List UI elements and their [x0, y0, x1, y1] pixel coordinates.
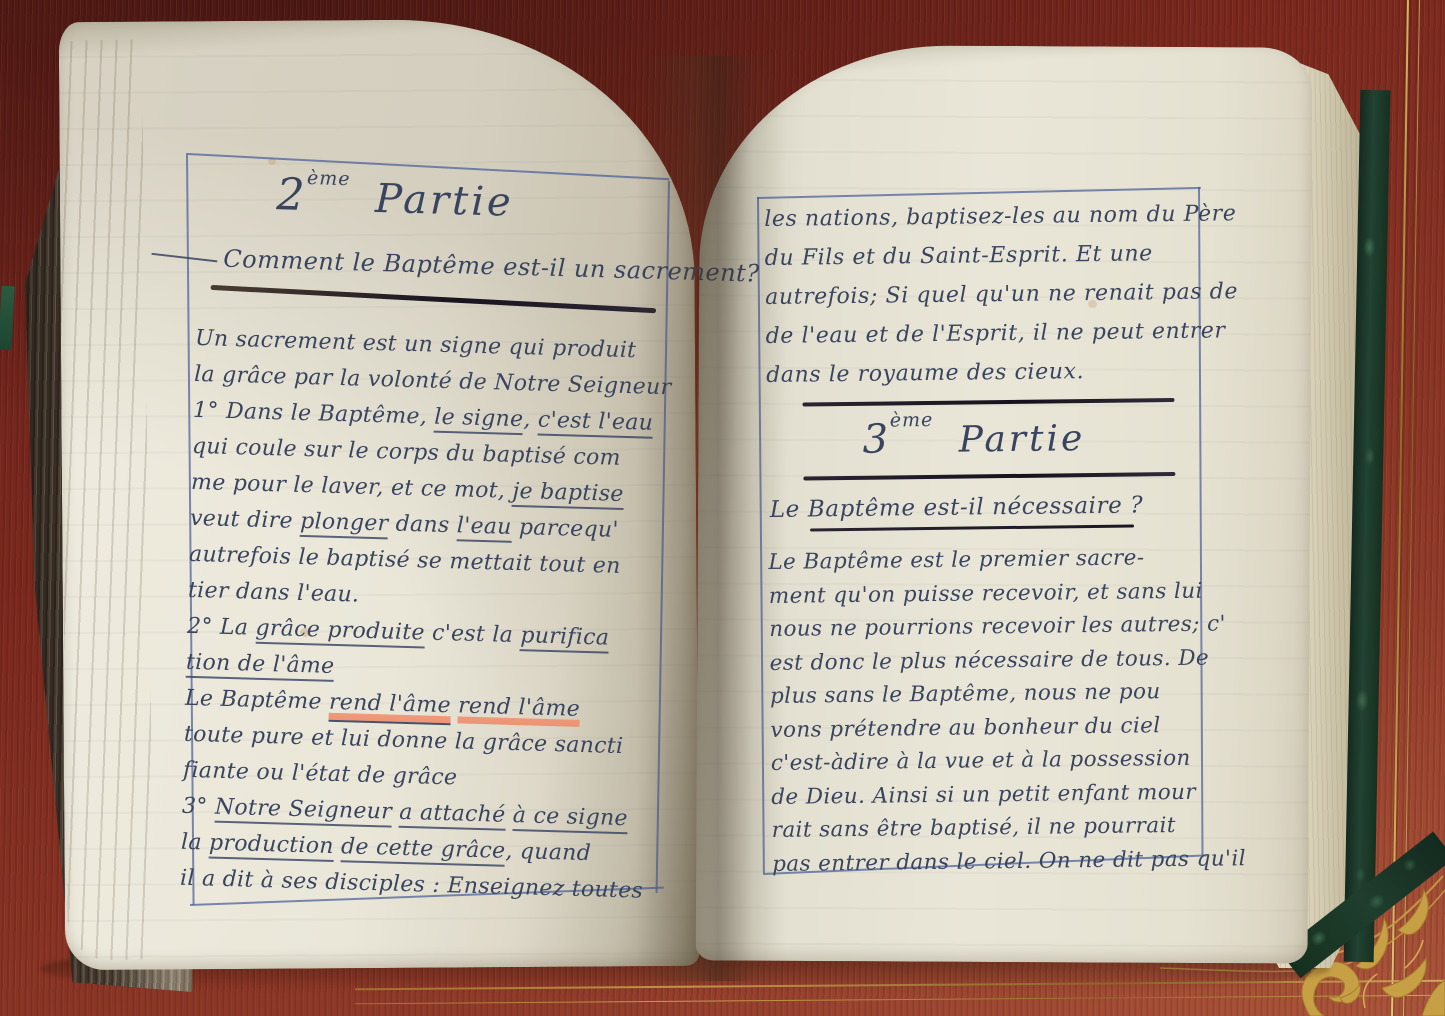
text-line: pas entrer dans le ciel. On ne dit pas q…: [772, 842, 1216, 881]
text-segment: , quand: [505, 839, 591, 866]
left-page-edge-creases: [56, 39, 155, 960]
part-word: Partie: [958, 418, 1085, 461]
text-segment: c'est l'eau: [538, 408, 654, 439]
text-segment: qui coule sur le corps du baptisé com: [192, 434, 621, 471]
text-segment: pas entrer dans le ciel. On ne dit pas q…: [772, 846, 1246, 877]
text-segment: dans le royaume des cieux.: [766, 359, 1084, 388]
text-segment: autrefois le baptisé se mettait tout en: [189, 542, 621, 579]
manuscript-book-photo: 2ème Partie Comment le Baptême est-il un…: [0, 0, 1445, 1016]
text-segment: parcequ': [511, 515, 619, 543]
text-segment: purifica: [520, 623, 610, 653]
text-segment: Un sacrement est un signe qui produit: [195, 326, 637, 363]
text-segment: l'eau: [456, 513, 512, 543]
text-line: vons prétendre au bonheur du ciel: [770, 708, 1214, 747]
text-line: de Dieu. Ainsi si un petit enfant mour: [771, 775, 1215, 814]
text-segment: Le Baptême: [185, 686, 330, 715]
left-page-content: 2ème Partie Comment le Baptême est-il un…: [180, 164, 662, 910]
text-segment: 2° La: [187, 614, 256, 641]
text-segment: toute pure et lui donne la grâce sancti: [184, 722, 624, 759]
text-segment: la: [181, 830, 210, 856]
text-line: c'est-àdire à la vue et à la possession: [771, 742, 1215, 781]
text-segment: Notre Seigneur: [215, 795, 393, 828]
section-rule-below-title: [803, 472, 1175, 481]
text-segment: c'est-àdire à la vue et à la possession: [771, 746, 1191, 776]
text-line: nous ne pourrions recevoir les autres; c…: [769, 608, 1213, 647]
text-segment: me pour le laver, et ce mot,: [191, 470, 513, 504]
right-page-opening-lines: les nations, baptisez-les au nom du Père…: [764, 195, 1210, 395]
text-segment: dans: [388, 511, 457, 538]
text-segment: il a dit à ses disciples : Enseignez tou…: [180, 866, 644, 904]
text-segment: à ce signe: [512, 803, 628, 834]
text-segment: plonger: [300, 509, 389, 539]
text-segment: tier dans l'eau.: [188, 578, 360, 608]
text-segment: veut dire: [190, 506, 301, 534]
text-segment: vons prétendre au bonheur du ciel: [770, 713, 1160, 743]
section-rule-heavy: [210, 285, 656, 313]
right-page-question: Le Baptême est-il nécessaire ?: [770, 488, 1212, 527]
text-line: de l'eau et de l'Esprit, il ne peut entr…: [765, 312, 1209, 356]
text-segment: ,: [523, 407, 538, 432]
left-page-lines: Un sacrement est un signe qui produitla …: [180, 321, 658, 910]
text-segment: production: [209, 831, 334, 862]
text-segment: rend l'âme: [458, 693, 581, 726]
text-segment: a attaché: [399, 800, 506, 831]
text-segment: de cette grâce: [341, 834, 506, 867]
text-segment: est donc le plus nécessaire de tous. De: [770, 645, 1210, 675]
text-segment: les nations, baptisez-les au nom du Père: [764, 201, 1236, 232]
text-line: ment qu'on puisse recevoir, et sans lui: [769, 574, 1213, 613]
text-segment: fiante ou l'état de grâce: [183, 758, 458, 791]
text-segment: rend l'âme: [329, 690, 452, 725]
text-segment: je baptise: [512, 479, 624, 510]
text-segment: de l'eau et de l'Esprit, il ne peut entr…: [766, 318, 1226, 349]
text-segment: rait sans être baptisé, il ne pourrait: [772, 813, 1176, 843]
text-line: du Fils et du Saint-Esprit. Et une: [764, 234, 1208, 278]
text-segment: 3°: [182, 794, 216, 820]
text-segment: 1° Dans le Baptême,: [193, 398, 435, 430]
text-line: les nations, baptisez-les au nom du Père: [764, 195, 1208, 239]
right-page-content: les nations, baptisez-les au nom du Père…: [764, 195, 1216, 881]
text-segment: ment qu'on puisse recevoir, et sans lui: [769, 578, 1203, 608]
text-line: dans le royaume des cieux.: [766, 351, 1210, 395]
insertion-stroke: [151, 253, 217, 263]
text-segment: Le Baptême est le premier sacre-: [768, 545, 1144, 575]
text-segment: autrefois; Si quel qu'un ne renait pas d…: [765, 279, 1238, 310]
text-segment: c'est la: [424, 620, 520, 648]
text-segment: du Fils et du Saint-Esprit. Et une: [765, 241, 1153, 271]
text-line: est donc le plus nécessaire de tous. De: [769, 641, 1213, 680]
text-line: rait sans être baptisé, il ne pourrait: [772, 809, 1216, 848]
part-number: 3ème: [862, 409, 934, 469]
text-line: autrefois; Si quel qu'un ne renait pas d…: [765, 273, 1209, 317]
left-page-title: 2ème Partie: [198, 164, 592, 249]
right-page-title: 3ème Partie: [767, 406, 1182, 471]
part-word: Partie: [374, 176, 514, 226]
text-line: Le Baptême est le premier sacre-: [768, 541, 1212, 580]
section-rule-above-title: [802, 398, 1174, 407]
text-segment: tion de l'âme: [186, 650, 335, 682]
text-segment: grâce produite: [255, 616, 425, 649]
text-segment: plus sans le Baptême, nous ne pou: [770, 679, 1161, 709]
text-segment: le signe: [434, 405, 524, 435]
right-page-lines: Le Baptême est le premier sacre-ment qu'…: [768, 541, 1216, 881]
text-line: plus sans le Baptême, nous ne pou: [770, 675, 1214, 714]
double-dash-mark: [349, 194, 350, 217]
text-segment: nous ne pourrions recevoir les autres; c…: [769, 611, 1226, 642]
text-segment: de Dieu. Ainsi si un petit enfant mour: [771, 779, 1196, 809]
part-number: 2ème: [276, 166, 351, 226]
